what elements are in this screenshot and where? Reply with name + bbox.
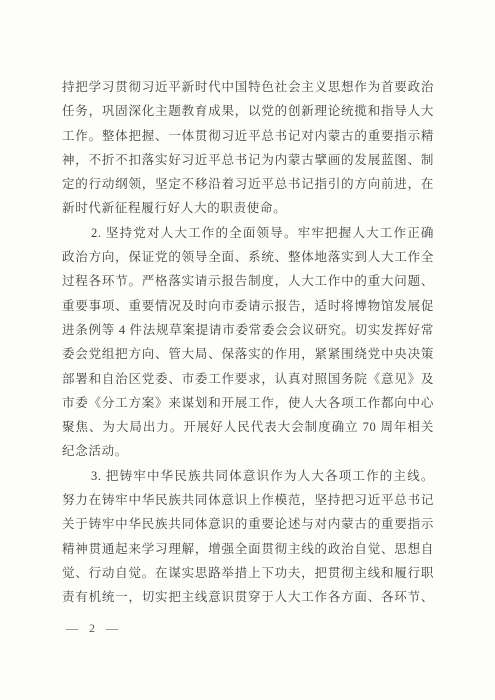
- text-line: 委会党组把方向、管大局、保落实的作用，紧紧围绕党中央决策: [62, 342, 434, 366]
- paragraph: 持把学习贯彻习近平新时代中国特色社会主义思想作为首要政治 任务，巩固深化主题教育…: [62, 75, 434, 221]
- text-line: 政治方向，保证党的领导全面、系统、整体地落实到人大工作全: [62, 245, 434, 269]
- text-line: 部署和自治区党委、市委工作要求，认真对照国务院《意见》及: [62, 367, 434, 391]
- text-line: 定的行动纲领，坚定不移沿着习近平总书记指引的方向前进，在: [62, 172, 434, 196]
- page-number: — 2 —: [66, 619, 119, 637]
- text-line: 任务，巩固深化主题教育成果，以党的创新理论统揽和指导人大: [62, 99, 434, 123]
- text-line: 神，不折不扣落实好习近平总书记为内蒙古擘画的发展蓝图、制: [62, 148, 434, 172]
- text-line: 觉、行动自觉。在谋实思路举措上下功夫，把贯彻主线和履行职: [62, 561, 434, 585]
- paragraph: 3. 把铸牢中华民族共同体意识作为人大各项工作的主线。 努力在铸牢中华民族共同体…: [62, 464, 434, 610]
- paragraph: 2. 坚持党对人大工作的全面领导。牢牢把握人大工作正确 政治方向，保证党的领导全…: [62, 221, 434, 464]
- text-line: 工作。整体把握、一体贯彻习近平总书记对内蒙古的重要指示精: [62, 124, 434, 148]
- text-line: 进条例等 4 件法规草案提请市委常委会会议研究。切实发挥好常: [62, 318, 434, 342]
- text-line: 重要事项、重要情况及时向市委请示报告，适时将博物馆发展促: [62, 294, 434, 318]
- text-line: 市委《分工方案》来谋划和开展工作，使人大各项工作都向中心: [62, 391, 434, 415]
- text-line: 聚焦、为大局出力。开展好人民代表大会制度确立 70 周年相关: [62, 415, 434, 439]
- text-line: 持把学习贯彻习近平新时代中国特色社会主义思想作为首要政治: [62, 75, 434, 99]
- text-line: 2. 坚持党对人大工作的全面领导。牢牢把握人大工作正确: [62, 221, 434, 245]
- text-line: 新时代新征程履行好人大的职责使命。: [62, 196, 434, 220]
- text-line: 责有机统一，切实把主线意识贯穿于人大工作各方面、各环节、: [62, 585, 434, 609]
- text-line: 过程各环节。严格落实请示报告制度，人大工作中的重大问题、: [62, 269, 434, 293]
- text-line: 纪念活动。: [62, 439, 434, 463]
- document-page: 持把学习贯彻习近平新时代中国特色社会主义思想作为首要政治 任务，巩固深化主题教育…: [0, 0, 495, 700]
- text-line: 精神贯通起来学习理解，增强全面贯彻主线的政治自觉、思想自: [62, 537, 434, 561]
- document-text-block: 持把学习贯彻习近平新时代中国特色社会主义思想作为首要政治 任务，巩固深化主题教育…: [62, 75, 434, 610]
- text-line: 关于铸牢中华民族共同体意识的重要论述与对内蒙古的重要指示: [62, 512, 434, 536]
- text-line: 努力在铸牢中华民族共同体意识上作模范，坚持把习近平总书记: [62, 488, 434, 512]
- text-line: 3. 把铸牢中华民族共同体意识作为人大各项工作的主线。: [62, 464, 434, 488]
